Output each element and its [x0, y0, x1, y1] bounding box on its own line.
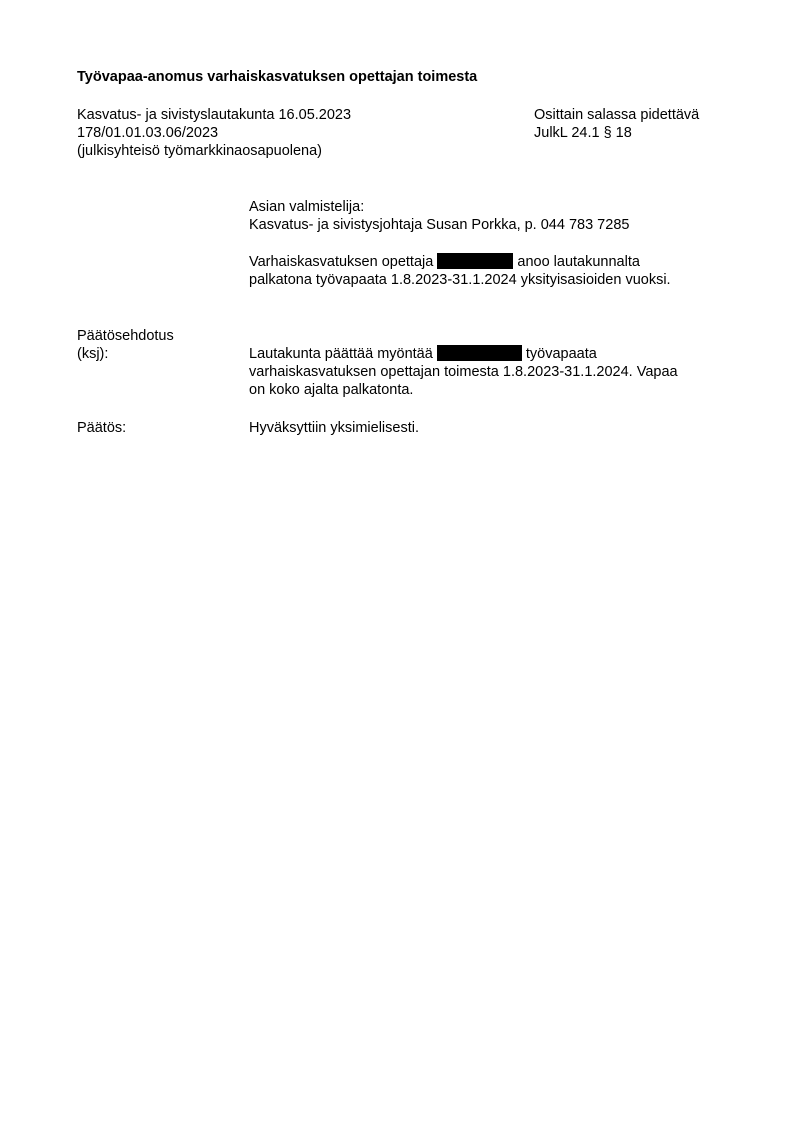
header-left-line-1: Kasvatus- ja sivistyslautakunta 16.05.20…	[77, 106, 351, 124]
proposal-line-1: Lautakunta päättää myöntää työvapaata	[249, 345, 597, 363]
header-right-line-2: JulkL 24.1 § 18	[534, 124, 632, 142]
redacted-name	[437, 345, 522, 361]
request-line-1: Varhaiskasvatuksen opettaja anoo lautaku…	[249, 253, 640, 271]
header-left-line-2: 178/01.01.03.06/2023	[77, 124, 218, 142]
request-line-2: palkatona työvapaata 1.8.2023-31.1.2024 …	[249, 271, 671, 289]
preparer-label: Asian valmistelija:	[249, 198, 364, 216]
preparer-value: Kasvatus- ja sivistysjohtaja Susan Porkk…	[249, 216, 629, 234]
proposal-line-2: varhaiskasvatuksen opettajan toimesta 1.…	[249, 363, 678, 381]
header-left-line-3: (julkisyhteisö työmarkkinaosapuolena)	[77, 142, 322, 160]
decision-label: Päätös:	[77, 419, 126, 437]
request-line-1-after: anoo lautakunnalta	[513, 254, 640, 270]
decision-value: Hyväksyttiin yksimielisesti.	[249, 419, 419, 437]
proposal-line-1-after: työvapaata	[522, 346, 597, 362]
proposal-label-line-1: Päätösehdotus	[77, 327, 174, 345]
header-right-line-1: Osittain salassa pidettävä	[534, 106, 699, 124]
proposal-label-line-2: (ksj):	[77, 345, 108, 363]
proposal-line-3: on koko ajalta palkatonta.	[249, 381, 413, 399]
document-title: Työvapaa-anomus varhaiskasvatuksen opett…	[77, 68, 477, 86]
proposal-line-1-before: Lautakunta päättää myöntää	[249, 346, 437, 362]
request-line-1-before: Varhaiskasvatuksen opettaja	[249, 254, 437, 270]
redacted-name	[437, 253, 513, 269]
